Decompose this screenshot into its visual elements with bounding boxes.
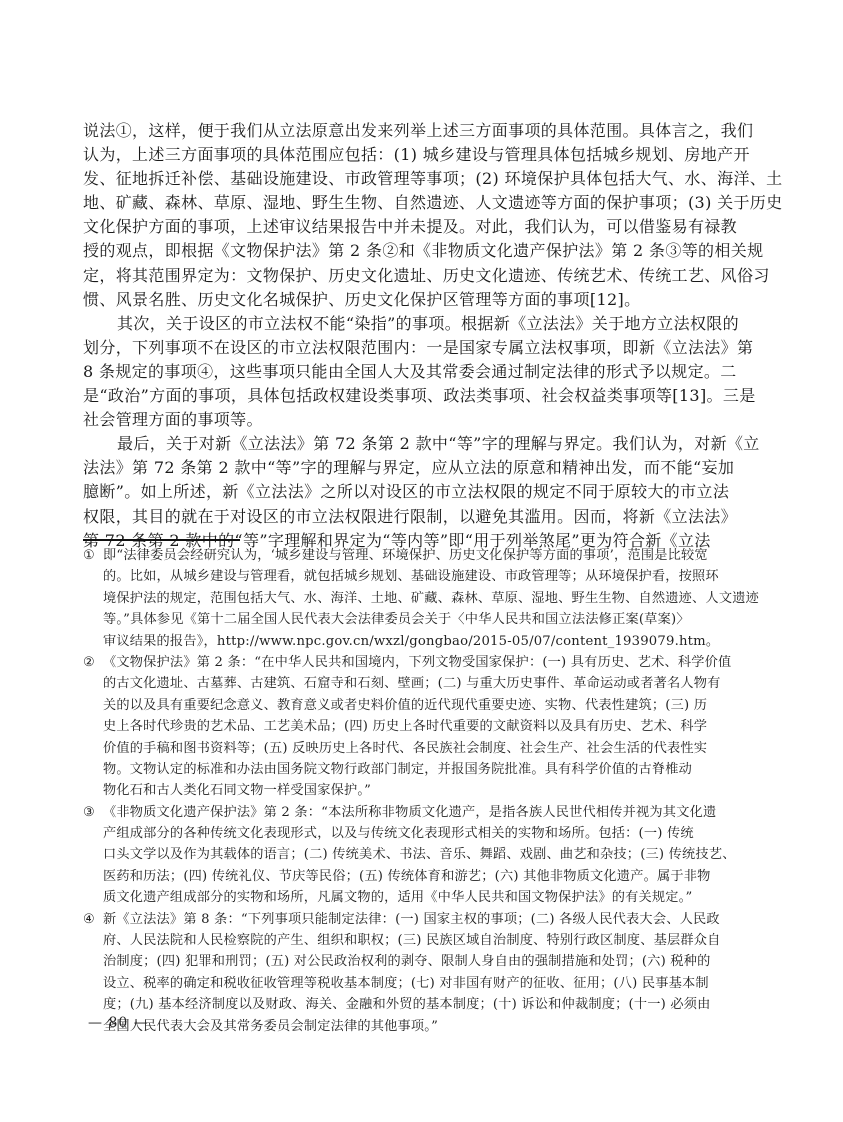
footnote-line: 治制度；(四) 犯罪和刑罚；(五) 对公民政治权利的剥夺、限制人身自由的强制措施… [83, 951, 765, 972]
footnote-line: 府、人民法院和人民检察院的产生、组织和职权；(三) 民族区域自治制度、特别行政区… [83, 930, 765, 951]
footnote-line: 物化石和古人类化石同文物一样受国家保护。” [83, 780, 765, 801]
footnote-mark: ① [83, 545, 95, 566]
footnote-line: 审议结果的报告》，http://www.npc.gov.cn/wxzl/gong… [83, 631, 765, 652]
body-line: 8 条规定的事项④，这些事项只能由全国人大及其常委会通过制定法律的形式予以规定。… [83, 360, 765, 384]
footnote-line: 价值的手稿和图书资料等；(五) 反映历史上各时代、各民族社会制度、社会生产、社会… [83, 738, 765, 759]
footnote-line: 产组成部分的各种传统文化表现形式，以及与传统文化表现形式相关的实物和场所。包括：… [83, 823, 765, 844]
footnote-line: 史上各时代珍贵的艺术品、工艺美术品；(四) 历史上各时代重要的文献资料以及具有历… [83, 716, 765, 737]
footnote-line: 的。比如，从城乡建设与管理看，就包括城乡规划、基础设施建设、市政管理等；从环境保… [83, 566, 765, 587]
body-line: 地、矿藏、森林、草原、湿地、野生生物、自然遗迹、人文遗迹等方面的保护事项；(3)… [83, 191, 765, 215]
body-line: 社会管理方面的事项等。 [83, 408, 765, 432]
body-line: 法法》第 72 条第 2 款中“等”字的理解与界定，应从立法的原意和精神出发，而… [83, 456, 765, 480]
footnote-line: 物。文物认定的标准和办法由国务院文物行政部门制定，并报国务院批准。具有科学价值的… [83, 759, 765, 780]
footnote-line: 全国人民代表大会及其常务委员会制定法律的其他事项。” [83, 1016, 765, 1037]
footnote-line: 口头文学以及作为其载体的语言；(二) 传统美术、书法、音乐、舞蹈、戏剧、曲艺和杂… [83, 844, 765, 865]
body-line: 说法①，这样，便于我们从立法原意出发来列举上述三方面事项的具体范围。具体言之，我… [83, 119, 765, 143]
footnote-mark: ③ [83, 802, 95, 823]
footnote-1: ①即“法律委员会经研究认为，‘城乡建设与管理、环境保护、历史文化保护等方面的事项… [83, 545, 765, 652]
body-line: 认为，上述三方面事项的具体范围应包括：(1) 城乡建设与管理具体包括城乡规划、房… [83, 143, 765, 167]
footnote-3: ③《非物质文化遗产保护法》第 2 条：“本法所称非物质文化遗产，是指各族人民世代… [83, 802, 765, 909]
footnote-line: 质文化遗产组成部分的实物和场所，凡属文物的，适用《中华人民共和国文物保护法》的有… [83, 887, 765, 908]
body-line: 臆断”。如上所述，新《立法法》之所以对设区的市立法权限的规定不同于原较大的市立法 [83, 480, 765, 504]
footnote-line: 设立、税率的确定和税收征收管理等税收基本制度；(七) 对非国有财产的征收、征用；… [83, 973, 765, 994]
body-line: 惯、风景名胜、历史文化名城保护、历史文化保护区管理等方面的事项[12]。 [83, 288, 765, 312]
paragraph-start-line: 其次，关于设区的市立法权不能“染指”的事项。根据新《立法法》关于地方立法权限的 [83, 312, 765, 336]
footnote-line: 的古文化遗址、古墓葬、古建筑、石窟寺和石刻、壁画；(二) 与重大历史事件、革命运… [83, 673, 765, 694]
body-text: 说法①，这样，便于我们从立法原意出发来列举上述三方面事项的具体范围。具体言之，我… [83, 119, 765, 553]
footnote-mark: ② [83, 652, 95, 673]
body-line: 发、征地拆迁补偿、基础设施建设、市政管理等事项；(2) 环境保护具体包括大气、水… [83, 167, 765, 191]
footnote-line: 关的以及具有重要纪念意义、教育意义或者史料价值的近代现代重要史迹、实物、代表性建… [83, 695, 765, 716]
footnote-mark: ④ [83, 909, 95, 930]
body-line: 授的观点，即根据《文物保护法》第 2 条②和《非物质文化遗产保护法》第 2 条③… [83, 239, 765, 263]
footnote-line: 等。”具体参见《第十二届全国人民代表大会法律委员会关于〈中华人民共和国立法法修正… [83, 609, 765, 630]
footnote-line: 境保护法的规定，范围包括大气、水、海洋、土地、矿藏、森林、草原、湿地、野生生物、… [83, 588, 765, 609]
body-line: 文化保护方面的事项，上述审议结果报告中并未提及。对此，我们认为，可以借鉴易有禄教 [83, 215, 765, 239]
footnote-line: 新《立法法》第 8 条：“下列事项只能制定法律：(一) 国家主权的事项；(二) … [103, 912, 720, 927]
footnote-2: ②《文物保护法》第 2 条：“在中华人民共和国境内，下列文物受国家保护：(一) … [83, 652, 765, 802]
footnote-line: 《文物保护法》第 2 条：“在中华人民共和国境内，下列文物受国家保护：(一) 具… [103, 655, 731, 670]
footnote-line: 《非物质文化遗产保护法》第 2 条：“本法所称非物质文化遗产，是指各族人民世代相… [103, 805, 716, 820]
footnote-line: 度；(九) 基本经济制度以及财政、海关、金融和外贸的基本制度；(十) 诉讼和仲裁… [83, 994, 765, 1015]
body-line: 定，将其范围界定为：文物保护、历史文化遗址、历史文化遗迹、传统艺术、传统工艺、风… [83, 264, 765, 288]
body-line: 划分，下列事项不在设区的市立法权限范围内：一是国家专属立法权事项，即新《立法法》… [83, 336, 765, 360]
body-line: 是“政治”方面的事项，具体包括政权建设类事项、政法类事项、社会权益类事项等[13… [83, 384, 765, 408]
footnote-line: 医药和历法；(四) 传统礼仪、节庆等民俗；(五) 传统体育和游艺；(六) 其他非… [83, 866, 765, 887]
footnote-divider [83, 539, 240, 541]
body-line: 权限，其目的就在于对设区的市立法权限进行限制，以避免其滥用。因而，将新《立法法》 [83, 505, 765, 529]
footnote-line: 即“法律委员会经研究认为，‘城乡建设与管理、环境保护、历史文化保护等方面的事项’… [103, 548, 708, 563]
footnotes: ①即“法律委员会经研究认为，‘城乡建设与管理、环境保护、历史文化保护等方面的事项… [83, 545, 765, 1037]
footnote-4: ④新《立法法》第 8 条：“下列事项只能制定法律：(一) 国家主权的事项；(二)… [83, 909, 765, 1037]
paragraph-start-line: 最后，关于对新《立法法》第 72 条第 2 款中“等”字的理解与界定。我们认为，… [83, 432, 765, 456]
page-number: — 80 — [88, 1015, 149, 1031]
